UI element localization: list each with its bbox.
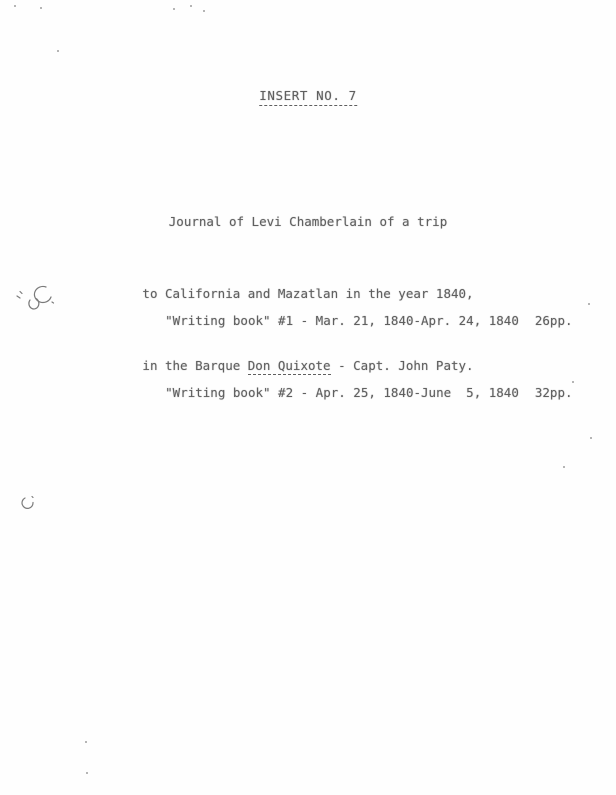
scan-noise-speck — [173, 8, 175, 10]
scan-noise-speck — [590, 437, 592, 439]
entry-pages: 32pp. — [535, 385, 573, 400]
entry-pages: 26pp. — [535, 313, 573, 328]
scan-noise-speck — [86, 772, 88, 774]
scanned-document-page: INSERT NO. 7 Journal of Levi Chamberlain… — [0, 0, 616, 795]
journal-description-line-1: Journal of Levi Chamberlain of a trip — [0, 210, 616, 234]
writing-book-list: "Writing book" #1 - Mar. 21, 1840-Apr. 2… — [120, 285, 573, 429]
scan-noise-speck — [563, 466, 565, 468]
scan-noise-speck — [203, 10, 205, 12]
scan-noise-speck — [190, 5, 192, 7]
writing-book-entry: "Writing book" #2 - Apr. 25, 1840-June 5… — [120, 357, 573, 429]
entry-text: "Writing book" #2 - Apr. 25, 1840-June 5… — [165, 385, 519, 400]
scan-noise-speck — [40, 7, 42, 9]
entry-text: "Writing book" #1 - Mar. 21, 1840-Apr. 2… — [165, 313, 519, 328]
curve-mark — [22, 497, 33, 509]
scan-noise-speck — [57, 50, 59, 52]
scan-noise-speck — [85, 741, 87, 743]
page-title: INSERT NO. 7 — [259, 88, 357, 106]
scan-noise-speck — [14, 5, 16, 7]
writing-book-entry: "Writing book" #1 - Mar. 21, 1840-Apr. 2… — [120, 285, 573, 357]
